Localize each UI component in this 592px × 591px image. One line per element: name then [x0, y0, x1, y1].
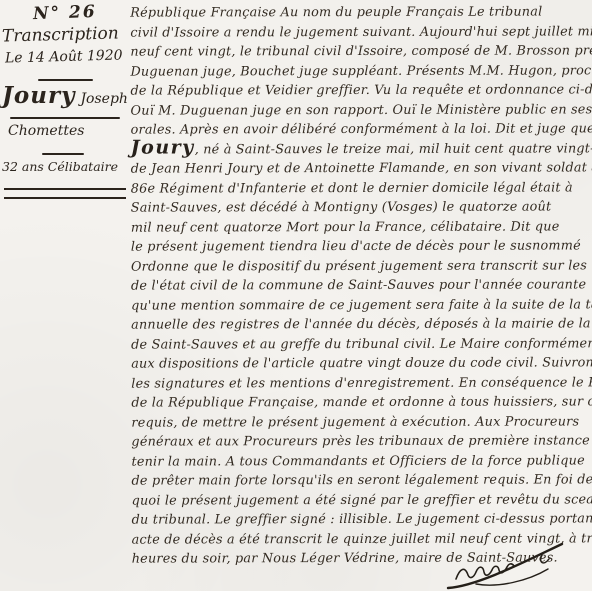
text-line: annuelle des registres de l'année du déc…	[131, 312, 591, 333]
emphasized-name: Joury	[131, 136, 195, 158]
line-text: Ouï M. Duguenan juge en son rapport. Ouï…	[131, 102, 592, 118]
text-line: de la République Française, mande et ord…	[131, 390, 591, 411]
line-text: requis, de mettre le présent jugement à …	[131, 414, 579, 430]
margin-divider-double	[4, 188, 126, 199]
line-text: les signatures et les mentions d'enregis…	[131, 375, 592, 391]
act-number: N° 26	[33, 2, 97, 24]
margin-divider-short	[42, 153, 84, 155]
margin-surname: Joury	[2, 82, 75, 109]
text-line: les signatures et les mentions d'enregis…	[131, 371, 591, 392]
line-text: le présent jugement tiendra lieu d'acte …	[131, 238, 581, 254]
line-text: de la République Française, mande et ord…	[131, 394, 592, 410]
line-text: de Saint-Sauves et au greffe du tribunal…	[131, 336, 592, 352]
text-line: République Française Au nom du peuple Fr…	[130, 0, 590, 21]
text-line: quoi le présent jugement a été signé par…	[132, 488, 592, 509]
text-line: qu'une mention sommaire de ce jugement s…	[131, 293, 591, 314]
text-line: de prêter main forte lorsqu'ils en seron…	[131, 468, 591, 489]
line-text: , né à Saint-Sauves le treize mai, mil h…	[195, 141, 592, 157]
margin-age-status: 32 ans Célibataire	[2, 159, 118, 174]
text-line: du tribunal. Le greffier signé : illisib…	[132, 507, 592, 528]
text-line: généraux et aux Procureurs près les trib…	[131, 429, 591, 450]
line-text: civil d'Issoire a rendu le jugement suiv…	[130, 24, 592, 40]
line-text: de prêter main forte lorsqu'ils en seron…	[131, 472, 592, 488]
line-text: aux dispositions de l'article quatre vin…	[131, 355, 592, 371]
line-text: annuelle des registres de l'année du déc…	[131, 316, 592, 332]
text-line: civil d'Issoire a rendu le jugement suiv…	[130, 20, 590, 41]
text-line: 86e Régiment d'Infanterie et dont le der…	[131, 176, 591, 197]
line-text: quoi le présent jugement a été signé par…	[132, 492, 592, 508]
text-line: tenir la main. A tous Commandants et Off…	[131, 449, 591, 470]
line-text: Duguenan juge, Bouchet juge suppléant. P…	[130, 63, 592, 79]
margin-place: Chomettes	[8, 123, 84, 139]
line-text: République Française Au nom du peuple Fr…	[130, 5, 542, 21]
text-line: mil neuf cent quatorze Mort pour la Fran…	[131, 215, 591, 236]
text-line: de Saint-Sauves et au greffe du tribunal…	[131, 332, 591, 353]
line-text: qu'une mention sommaire de ce jugement s…	[131, 297, 592, 313]
judgment-text: République Française Au nom du peuple Fr…	[130, 0, 591, 567]
line-text: 86e Régiment d'Infanterie et dont le der…	[131, 180, 573, 196]
text-line: de la République et Veidier greffier. Vu…	[130, 78, 590, 99]
margin-title: Transcription	[2, 23, 119, 46]
line-text: de la République et Veidier greffier. Vu…	[130, 82, 592, 98]
text-line: Duguenan juge, Bouchet juge suppléant. P…	[130, 59, 590, 80]
line-text: tenir la main. A tous Commandants et Off…	[131, 453, 584, 469]
text-line: neuf cent vingt, le tribunal civil d'Iss…	[130, 39, 590, 60]
margin-date: Le 14 Août 1920	[5, 47, 123, 66]
line-text: de Jean Henri Joury et de Antoinette Fla…	[131, 160, 592, 176]
text-line: Ordonne que le dispositif du présent jug…	[131, 254, 591, 275]
line-text: de l'état civil de la commune de Saint-S…	[131, 277, 586, 293]
text-line: Joury, né à Saint-Sauves le treize mai, …	[131, 137, 591, 158]
margin-given-name: Joseph	[80, 91, 128, 107]
line-text: orales. Après en avoir délibéré conformé…	[131, 121, 592, 137]
text-line: de l'état civil de la commune de Saint-S…	[131, 273, 591, 294]
signature-icon	[446, 541, 570, 591]
text-line: le présent jugement tiendra lieu d'acte …	[131, 234, 591, 255]
margin-divider-middle	[10, 117, 120, 119]
margin-divider-top	[38, 79, 93, 81]
line-text: Ordonne que le dispositif du présent jug…	[131, 258, 592, 274]
line-text: mil neuf cent quatorze Mort pour la Fran…	[131, 219, 560, 235]
text-line: requis, de mettre le présent jugement à …	[131, 410, 591, 431]
line-text: Saint-Sauves, est décédé à Montigny (Vos…	[131, 200, 552, 216]
line-text: du tribunal. Le greffier signé : illisib…	[132, 511, 592, 527]
document-page: N° 26 Transcription Le 14 Août 1920 Jour…	[0, 0, 592, 591]
text-line: aux dispositions de l'article quatre vin…	[131, 351, 591, 372]
text-line: de Jean Henri Joury et de Antoinette Fla…	[131, 156, 591, 177]
line-text: généraux et aux Procureurs près les trib…	[131, 433, 592, 449]
text-line: Ouï M. Duguenan juge en son rapport. Ouï…	[131, 98, 591, 119]
line-text: neuf cent vingt, le tribunal civil d'Iss…	[130, 43, 592, 59]
text-line: orales. Après en avoir délibéré conformé…	[131, 117, 591, 138]
text-line: Saint-Sauves, est décédé à Montigny (Vos…	[131, 195, 591, 216]
margin-annotations: N° 26 Transcription Le 14 Août 1920 Jour…	[0, 0, 129, 591]
margin-deceased-name: JouryJoseph	[2, 82, 128, 109]
